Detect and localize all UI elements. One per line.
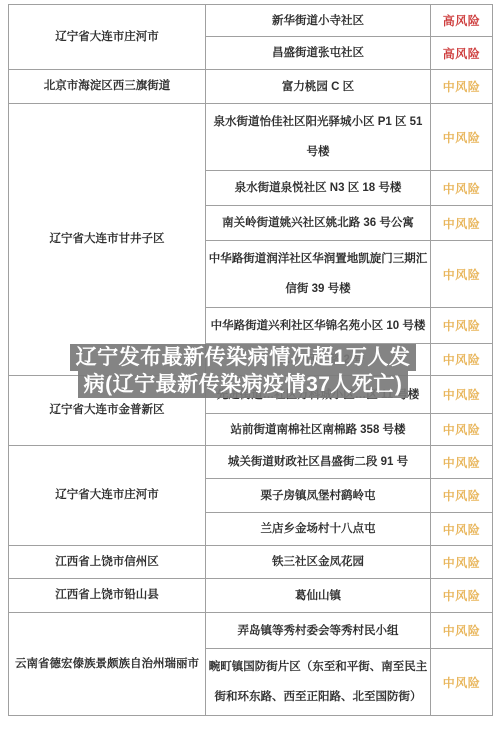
location-cell: 兰店乡金场村十八点屯 <box>206 513 431 546</box>
location-cell: 葛仙山镇 <box>206 579 431 613</box>
risk-area-page: 辽宁省大连市庄河市新华街道小寺社区高风险昌盛街道张屯社区高风险北京市海淀区西三旗… <box>0 0 500 751</box>
location-cell: 弄岛镇等秀村委会等秀村民小组 <box>206 613 431 649</box>
region-cell: 云南省德宏傣族景颇族自治州瑞丽市 <box>9 613 206 716</box>
location-cell: 昌盛街道张屯社区 <box>206 37 431 70</box>
table-row: 辽宁省大连市庄河市新华街道小寺社区高风险 <box>9 5 493 37</box>
table-row: 江西省上饶市铅山县葛仙山镇中风险 <box>9 579 493 613</box>
region-cell: 辽宁省大连市庄河市 <box>9 446 206 546</box>
risk-badge-medium: 中风险 <box>431 376 493 414</box>
risk-badge-medium: 中风险 <box>431 613 493 649</box>
risk-badge-medium: 中风险 <box>431 171 493 206</box>
table-row: 辽宁省大连市甘井子区泉水街道怡佳社区阳光驿城小区 P1 区 51 号楼中风险 <box>9 104 493 171</box>
region-cell: 北京市海淀区西三旗街道 <box>9 70 206 104</box>
location-cell: 新华街道小寺社区 <box>206 5 431 37</box>
risk-badge-medium: 中风险 <box>431 344 493 376</box>
risk-badge-medium: 中风险 <box>431 446 493 479</box>
location-cell: 畹町镇国防街片区（东至和平街、南至民主街和环东路、西至正阳路、北至国防街） <box>206 649 431 716</box>
region-cell: 辽宁省大连市甘井子区 <box>9 104 206 376</box>
risk-badge-high: 高风险 <box>431 5 493 37</box>
risk-badge-medium: 中风险 <box>431 206 493 241</box>
location-cell-obscured: ……小区…路 2 号 <box>206 344 431 376</box>
region-cell: 辽宁省大连市庄河市 <box>9 5 206 70</box>
location-cell: 泉水街道怡佳社区阳光驿城小区 P1 区 51 号楼 <box>206 104 431 171</box>
table-row: 辽宁省大连市庄河市城关街道财政社区昌盛街二段 91 号中风险 <box>9 446 493 479</box>
location-cell: 南关岭街道姚兴社区姚北路 36 号公寓 <box>206 206 431 241</box>
location-cell: 中华路街道兴利社区华锦名苑小区 10 号楼 <box>206 308 431 344</box>
location-cell-obscured: 先进街道…社区万科城小区…区 11 号楼 <box>206 376 431 414</box>
risk-badge-medium: 中风险 <box>431 70 493 104</box>
region-cell: 辽宁省大连市金普新区 <box>9 376 206 446</box>
table-row: 辽宁省大连市金普新区先进街道…社区万科城小区…区 11 号楼中风险 <box>9 376 493 414</box>
table-row: 北京市海淀区西三旗街道富力桃园 C 区中风险 <box>9 70 493 104</box>
risk-badge-medium: 中风险 <box>431 308 493 344</box>
region-cell: 江西省上饶市信州区 <box>9 546 206 579</box>
risk-badge-medium: 中风险 <box>431 649 493 716</box>
location-cell: 中华路街道润洋社区华润置地凯旋门三期汇信街 39 号楼 <box>206 241 431 308</box>
risk-badge-medium: 中风险 <box>431 546 493 579</box>
risk-badge-medium: 中风险 <box>431 104 493 171</box>
table-row: 云南省德宏傣族景颇族自治州瑞丽市弄岛镇等秀村委会等秀村民小组中风险 <box>9 613 493 649</box>
risk-badge-medium: 中风险 <box>431 479 493 513</box>
risk-badge-medium: 中风险 <box>431 579 493 613</box>
location-cell: 城关街道财政社区昌盛街二段 91 号 <box>206 446 431 479</box>
risk-badge-high: 高风险 <box>431 37 493 70</box>
location-cell: 站前街道南棉社区南棉路 358 号楼 <box>206 414 431 446</box>
risk-badge-medium: 中风险 <box>431 513 493 546</box>
location-cell: 泉水街道泉悦社区 N3 区 18 号楼 <box>206 171 431 206</box>
location-cell: 栗子房镇凤堡村鹞岭屯 <box>206 479 431 513</box>
risk-area-table: 辽宁省大连市庄河市新华街道小寺社区高风险昌盛街道张屯社区高风险北京市海淀区西三旗… <box>8 4 493 716</box>
location-cell: 富力桃园 C 区 <box>206 70 431 104</box>
risk-badge-medium: 中风险 <box>431 414 493 446</box>
risk-area-table-body: 辽宁省大连市庄河市新华街道小寺社区高风险昌盛街道张屯社区高风险北京市海淀区西三旗… <box>9 5 493 716</box>
table-row: 江西省上饶市信州区铁三社区金凤花园中风险 <box>9 546 493 579</box>
location-cell: 铁三社区金凤花园 <box>206 546 431 579</box>
region-cell: 江西省上饶市铅山县 <box>9 579 206 613</box>
risk-badge-medium: 中风险 <box>431 241 493 308</box>
